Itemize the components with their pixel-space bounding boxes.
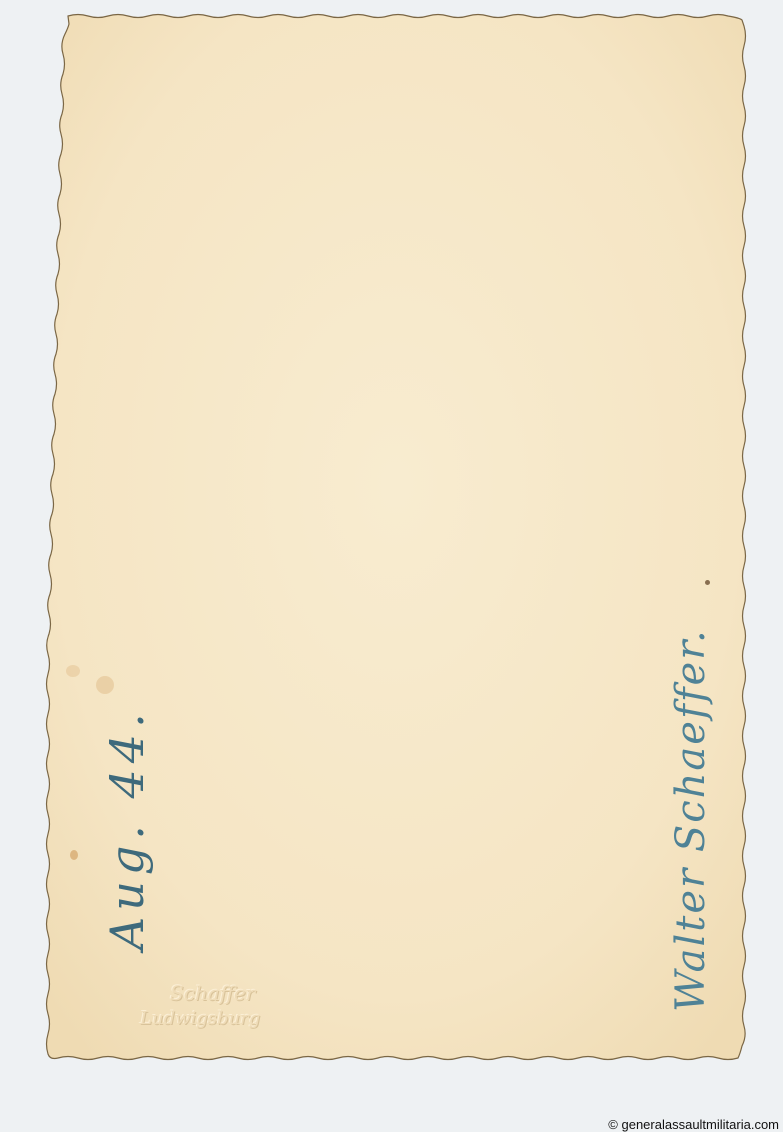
handwritten-date: Aug. 44. bbox=[100, 707, 154, 950]
photo-card: Aug. 44. Walter Schaeffer. Schaffer Ludw… bbox=[0, 0, 783, 1132]
card-paper bbox=[0, 0, 783, 1132]
handwritten-name: Walter Schaeffer. bbox=[668, 628, 714, 1012]
embossed-photographer-stamp: Schaffer Ludwigsburg bbox=[140, 980, 260, 1032]
emboss-line-1: Schaffer bbox=[140, 980, 260, 1006]
emboss-line-2: Ludwigsburg bbox=[140, 1006, 260, 1032]
copyright-watermark: © generalassaultmilitaria.com bbox=[608, 1117, 779, 1132]
